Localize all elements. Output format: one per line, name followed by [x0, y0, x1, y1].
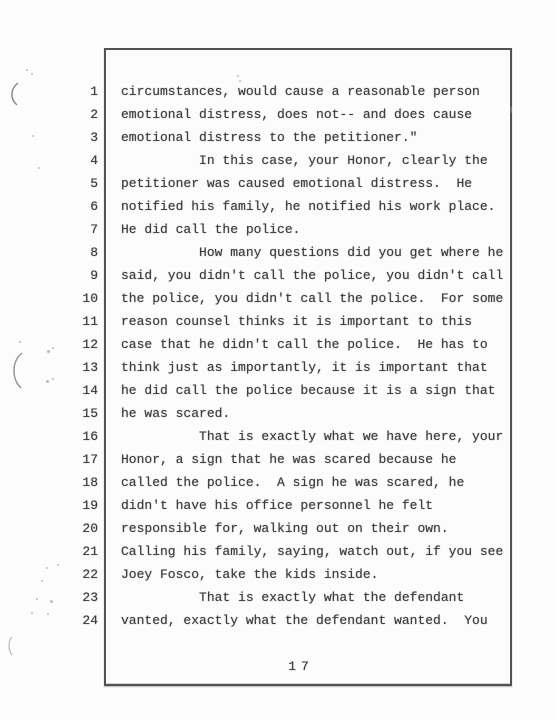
line-number: 1 [60, 80, 98, 103]
scan-speckle [26, 69, 28, 71]
line-number: 19 [60, 494, 98, 517]
transcript-line: he was scared. [121, 402, 513, 425]
scan-speckle [239, 80, 241, 82]
line-number-column: 123456789101112131415161718192021222324 [60, 80, 98, 632]
line-number: 13 [60, 356, 98, 379]
line-number: 23 [60, 586, 98, 609]
line-number: 10 [60, 287, 98, 310]
line-number: 18 [60, 471, 98, 494]
transcript-line: called the police. A sign he was scared,… [121, 471, 513, 494]
scan-speckle [47, 350, 50, 353]
transcript-line: petitioner was caused emotional distress… [121, 172, 513, 195]
line-number: 11 [60, 310, 98, 333]
line-number: 21 [60, 540, 98, 563]
line-number: 3 [60, 126, 98, 149]
line-number: 6 [60, 195, 98, 218]
transcript-line: Honor, a sign that he was scared because… [121, 448, 513, 471]
line-number: 9 [60, 264, 98, 287]
transcript-line: He did call the police. [121, 218, 513, 241]
transcript-line: said, you didn't call the police, you di… [121, 264, 513, 287]
transcript-line: case that he didn't call the police. He … [121, 333, 513, 356]
handwritten-paren-mark [10, 352, 24, 390]
line-number: 12 [60, 333, 98, 356]
transcript-line: emotional distress to the petitioner." [121, 126, 513, 149]
handwritten-paren-mark [6, 636, 14, 656]
transcript-line: the police, you didn't call the police. … [121, 287, 513, 310]
scan-speckle [41, 580, 43, 582]
line-number: 17 [60, 448, 98, 471]
transcript-line: circumstances, would cause a reasonable … [121, 80, 513, 103]
scan-speckle [52, 378, 54, 380]
scan-speckle [57, 564, 59, 566]
scan-speckle [46, 380, 49, 383]
transcript-line: emotional distress, does not-- and does … [121, 103, 513, 126]
transcript-line: Joey Fosco, take the kids inside. [121, 563, 513, 586]
scan-speckle [36, 598, 38, 600]
scan-speckle [31, 612, 33, 614]
transcript-line: How many questions did you get where he [121, 241, 513, 264]
line-number: 15 [60, 402, 98, 425]
transcript-line: vanted, exactly what the defendant wante… [121, 609, 513, 632]
transcript-page: 123456789101112131415161718192021222324 … [0, 0, 556, 720]
line-number: 22 [60, 563, 98, 586]
transcript-line: In this case, your Honor, clearly the [121, 149, 513, 172]
transcript-line: reason counsel thinks it is important to… [121, 310, 513, 333]
page-number: 17 [105, 659, 497, 674]
transcript-line: think just as importantly, it is importa… [121, 356, 513, 379]
scan-speckle [52, 347, 54, 349]
transcript-line: he did call the police because it is a s… [121, 379, 513, 402]
line-number: 8 [60, 241, 98, 264]
transcript-line: That is exactly what the defendant [121, 586, 513, 609]
transcript-line: notified his family, he notified his wor… [121, 195, 513, 218]
transcript-line: That is exactly what we have here, your [121, 425, 513, 448]
transcript-line: didn't have his office personnel he felt [121, 494, 513, 517]
scan-speckle [38, 167, 40, 169]
line-number: 14 [60, 379, 98, 402]
scan-speckle [237, 75, 239, 77]
line-number: 4 [60, 149, 98, 172]
scan-speckle [46, 567, 48, 569]
line-number: 2 [60, 103, 98, 126]
scan-speckle [19, 341, 21, 343]
scan-speckle [50, 600, 53, 603]
line-number: 20 [60, 517, 98, 540]
line-number: 24 [60, 609, 98, 632]
transcript-line: responsible for, walking out on their ow… [121, 517, 513, 540]
transcript-text-column: circumstances, would cause a reasonable … [121, 80, 513, 632]
scan-speckle [510, 106, 512, 113]
line-number: 16 [60, 425, 98, 448]
line-number: 5 [60, 172, 98, 195]
scan-speckle [32, 135, 34, 137]
line-number: 7 [60, 218, 98, 241]
handwritten-paren-mark [8, 82, 20, 106]
transcript-line: Calling his family, saying, watch out, i… [121, 540, 513, 563]
scan-speckle [31, 73, 33, 75]
scan-speckle [47, 613, 49, 615]
